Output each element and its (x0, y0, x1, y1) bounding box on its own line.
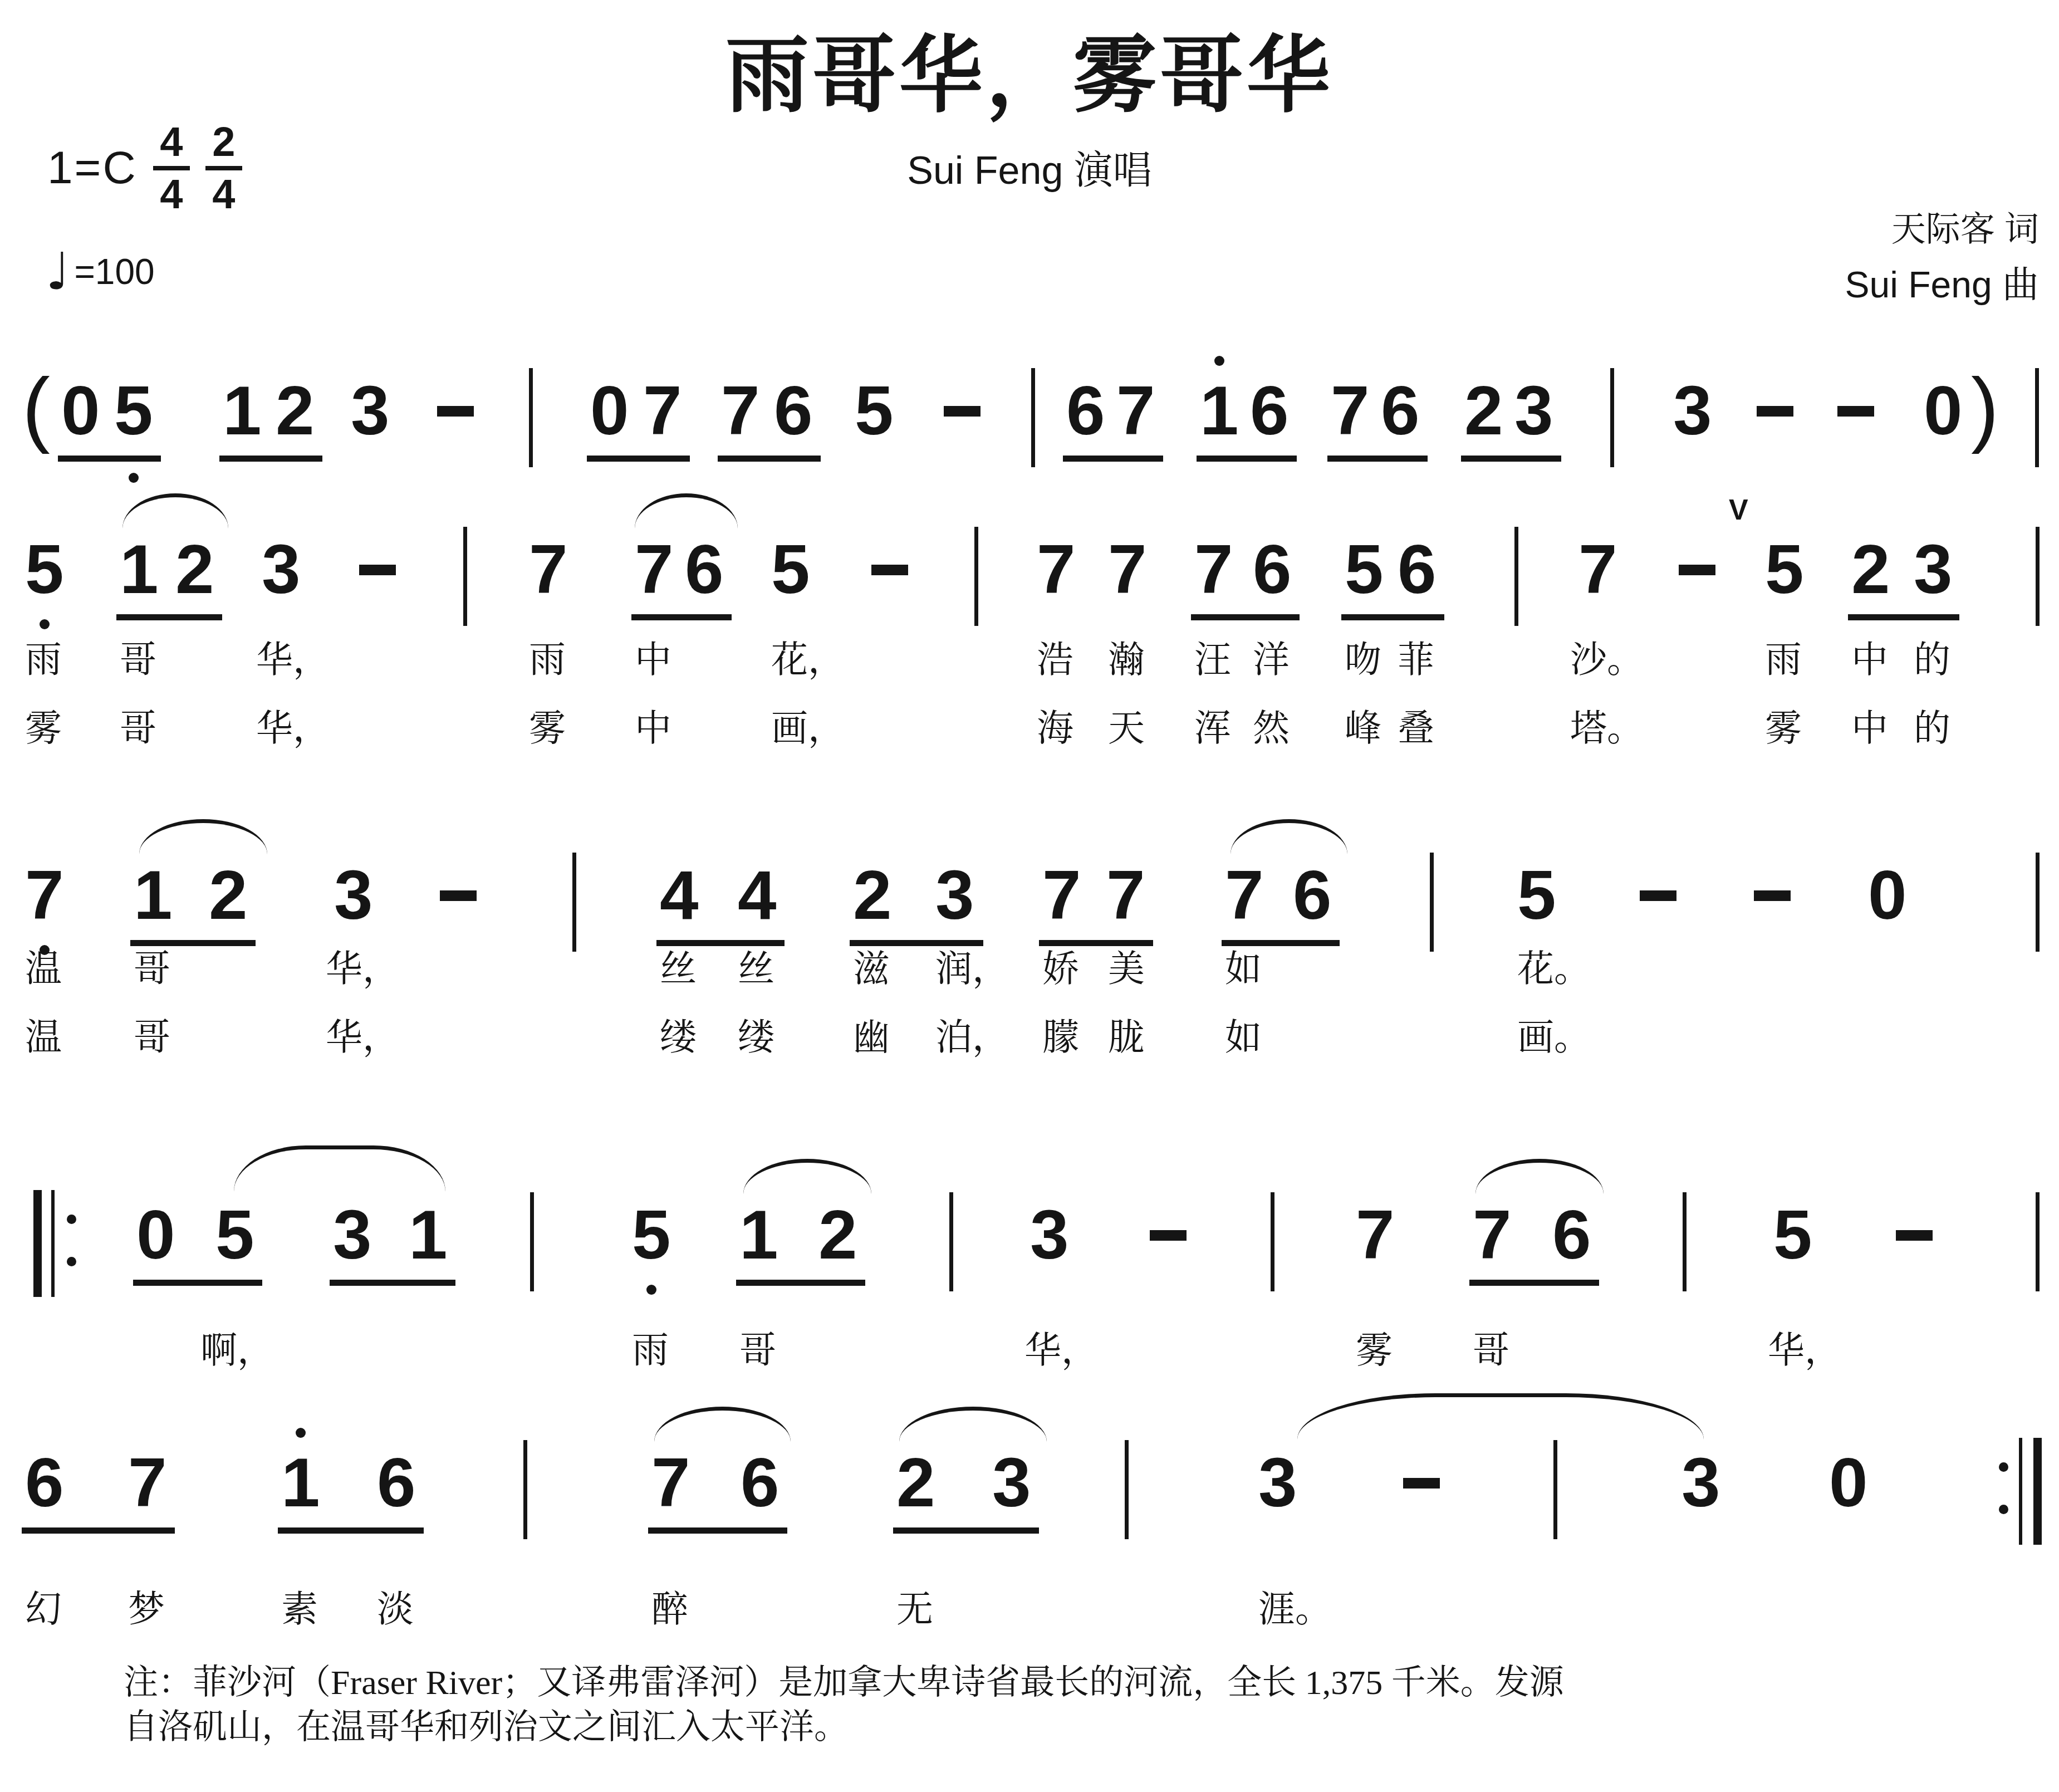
bar-line (2036, 527, 2040, 626)
duration-dash (440, 890, 477, 901)
duration-dash (1150, 1230, 1187, 1241)
slur-arc (1475, 1159, 1604, 1194)
eighth-beam (330, 1280, 455, 1286)
bar-line (1553, 1440, 1557, 1539)
lyric-syllable: 雨 (529, 640, 566, 680)
eighth-beam (718, 456, 821, 462)
note-digit: 1 (409, 1200, 448, 1270)
repeat-start (33, 1190, 80, 1297)
note-digit: 7 (635, 535, 674, 604)
composer-credit: Sui Feng 曲 (1845, 255, 2040, 308)
lyric-syllable: 花。 (1517, 949, 1591, 990)
lyric-syllable: 醉 (651, 1590, 688, 1630)
eighth-beam (1039, 940, 1153, 946)
eighth-beam (133, 1280, 262, 1286)
note-digit: 5 (632, 1200, 671, 1270)
repeat-thick-bar (33, 1190, 42, 1297)
lyric-syllable: 华， (256, 709, 330, 749)
duration-dash (359, 565, 396, 575)
duration-dash (1837, 406, 1874, 417)
lyric-syllable: 无 (896, 1590, 933, 1630)
lyric-syllable: 叠 (1398, 709, 1434, 749)
note-digit: 3 (1914, 535, 1953, 604)
lyric-syllable: 中 (635, 709, 671, 749)
bar-line (1125, 1440, 1129, 1539)
lyric-syllable: 浩 (1037, 640, 1073, 680)
note-digit: 2 (276, 376, 315, 445)
lyric-syllable: 吻 (1345, 640, 1381, 680)
eighth-beam (1191, 614, 1300, 620)
note-digit: 6 (1398, 535, 1437, 604)
bar-line (974, 527, 978, 626)
note-digit: 2 (896, 1448, 935, 1517)
eighth-beam (1461, 456, 1561, 462)
note-digit: 2 (1464, 376, 1503, 445)
note-digit: 3 (992, 1448, 1031, 1517)
lyric-syllable: 瀚 (1108, 640, 1145, 680)
note-digit: 7 (1331, 376, 1370, 445)
lyric-syllable: 哥 (134, 949, 170, 990)
lyric-syllable: 雨 (25, 640, 62, 680)
repeat-thin-bar (2019, 1438, 2022, 1545)
lyric-syllable: 雾 (1765, 709, 1802, 749)
eighth-beam (656, 940, 785, 946)
lyric-syllable: 朦 (1042, 1018, 1079, 1058)
lyric-syllable: 温 (25, 949, 62, 990)
lyric-syllable: 缕 (660, 1018, 697, 1058)
fraction-bar (205, 166, 242, 170)
lyric-syllable: 的 (1914, 709, 1950, 749)
lyric-syllable: 哥 (120, 640, 156, 680)
tempo-value: =100 (74, 251, 154, 292)
bar-line (1271, 1192, 1274, 1291)
note-digit: 6 (1250, 376, 1289, 445)
eighth-beam (736, 1280, 865, 1286)
lyric-syllable: 素 (281, 1590, 318, 1630)
duration-dash (1403, 1478, 1440, 1489)
eighth-beam (1848, 614, 1959, 620)
repeat-dot (1999, 1462, 2008, 1472)
note-digit: 6 (774, 376, 813, 445)
note-digit: 7 (721, 376, 760, 445)
eighth-beam (1469, 1280, 1599, 1286)
footnote-line-2: 自洛矶山，在温哥华和列治文之间汇入太平洋。 (124, 1705, 1978, 1750)
lyric-syllable: 华， (256, 640, 330, 680)
note-digit: 7 (1578, 535, 1617, 604)
slur-arc (122, 493, 228, 528)
eighth-beam (1327, 456, 1428, 462)
parenthesis: ) (1971, 360, 1999, 455)
bar-line (523, 1440, 527, 1539)
lyric-syllable: 啊， (200, 1331, 274, 1371)
note-digit: 5 (1517, 860, 1556, 930)
note-digit: 0 (1924, 376, 1963, 445)
eighth-beam (219, 456, 322, 462)
eighth-beam (130, 940, 256, 946)
lyric-syllable: 菲 (1398, 640, 1434, 680)
slur-arc (743, 1159, 871, 1194)
slur-arc (1231, 819, 1347, 854)
bar-line (1430, 853, 1434, 952)
lyric-syllable: 如 (1225, 1018, 1262, 1058)
lyric-syllable: 雾 (529, 709, 566, 749)
note-digit: 2 (853, 860, 892, 930)
repeat-dot (1999, 1505, 2008, 1514)
lyric-syllable: 汪 (1194, 640, 1231, 680)
bar-line (572, 853, 576, 952)
eighth-beam (1063, 456, 1163, 462)
note-digit: 3 (1258, 1448, 1297, 1517)
lyric-syllable: 海 (1037, 709, 1073, 749)
lyric-syllable: 中 (635, 640, 671, 680)
repeat-dot (67, 1257, 76, 1266)
eighth-beam (1341, 614, 1444, 620)
lyric-syllable: 滋 (853, 949, 890, 990)
lyric-syllable: 画， (771, 709, 845, 749)
sheet-music-page: 雨哥华，雾哥华 Sui Feng 演唱 1=C 4 4 2 4 ♩ =100 天… (0, 0, 2059, 1792)
duration-dash (1640, 890, 1676, 901)
octave-dot-high (296, 1428, 306, 1438)
slur-arc (899, 1407, 1047, 1442)
note-digit: 7 (643, 376, 682, 445)
note-digit: 5 (114, 376, 153, 445)
eighth-beam (587, 456, 690, 462)
note-digit: 7 (1194, 535, 1233, 604)
note-digit: 6 (1381, 376, 1420, 445)
eighth-beam (278, 1527, 424, 1534)
note-digit: 7 (1225, 860, 1264, 930)
eighth-beam (648, 1527, 787, 1534)
note-digit: 3 (1673, 376, 1712, 445)
bar-line (2035, 368, 2039, 467)
lyric-syllable: 润， (935, 949, 1009, 990)
slur-arc (1297, 1393, 1704, 1440)
bar-line (1610, 368, 1614, 467)
bar-line (2036, 1192, 2040, 1291)
lyric-syllable: 如 (1225, 949, 1262, 990)
lyric-syllable: 华， (1768, 1331, 1841, 1371)
quarter-note-icon: ♩ (46, 246, 70, 297)
octave-dot-high (1214, 356, 1224, 366)
note-digit: 3 (1681, 1448, 1720, 1517)
note-digit: 3 (935, 860, 974, 930)
note-digit: 7 (1356, 1200, 1395, 1270)
note-digit: 3 (333, 1200, 372, 1270)
eighth-beam (116, 614, 222, 620)
note-digit: 6 (1253, 535, 1292, 604)
lyric-syllable: 美 (1108, 949, 1145, 990)
note-digit: 3 (1514, 376, 1553, 445)
slur-arc (654, 1407, 791, 1442)
note-digit: 5 (25, 535, 64, 604)
note-digit: 5 (1773, 1200, 1812, 1270)
repeat-dot (67, 1215, 76, 1224)
lyric-syllable: 中 (1851, 640, 1888, 680)
lyric-syllable: 哥 (1473, 1331, 1509, 1371)
lyric-syllable: 哥 (739, 1331, 776, 1371)
lyric-syllable: 的 (1914, 640, 1950, 680)
eighth-beam (58, 456, 161, 462)
bar-line (1683, 1192, 1687, 1291)
note-digit: 7 (1108, 535, 1147, 604)
lyric-syllable: 雾 (1356, 1331, 1393, 1371)
eighth-beam (850, 940, 983, 946)
fraction-bar (153, 166, 190, 170)
lyric-syllable: 梦 (128, 1590, 165, 1630)
note-digit: 7 (1042, 860, 1081, 930)
eighth-beam (1222, 940, 1340, 946)
time-signature-1: 4 4 (153, 123, 190, 214)
footnote-line-1: 注：菲沙河（Fraser River；又译弗雷泽河）是加拿大卑诗省最长的河流，全… (124, 1661, 1978, 1705)
note-digit: 2 (1851, 535, 1890, 604)
key-root: 1=C (47, 142, 138, 194)
bar-line (529, 368, 533, 467)
note-digit: 6 (1066, 376, 1105, 445)
note-digit: 3 (262, 535, 301, 604)
note-digit: 7 (529, 535, 568, 604)
key-signature: 1=C 4 4 2 4 (47, 123, 242, 214)
note-digit: 6 (1552, 1200, 1591, 1270)
note-digit: 1 (134, 860, 173, 930)
lyric-syllable: 塔。 (1570, 709, 1644, 749)
eighth-beam (893, 1527, 1039, 1534)
lyric-syllable: 华， (326, 1018, 399, 1058)
note-digit: 7 (1116, 376, 1155, 445)
note-digit: 2 (818, 1200, 857, 1270)
lyric-syllable: 中 (1851, 709, 1888, 749)
lyric-syllable: 胧 (1108, 1018, 1145, 1058)
lyric-syllable: 峰 (1345, 709, 1381, 749)
note-digit: 6 (1293, 860, 1332, 930)
octave-dot-low (646, 1285, 656, 1295)
note-digit: 1 (223, 376, 262, 445)
note-digit: 3 (351, 376, 390, 445)
lyric-syllable: 洋 (1253, 640, 1290, 680)
octave-dot-low (40, 619, 50, 629)
bar-line (949, 1192, 953, 1291)
bar-line (463, 527, 467, 626)
note-digit: 0 (1829, 1448, 1868, 1517)
duration-dash (1679, 565, 1715, 575)
eighth-beam (631, 614, 732, 620)
note-digit: 1 (1200, 376, 1239, 445)
lyric-syllable: 丝 (660, 949, 697, 990)
note-digit: 3 (1030, 1200, 1069, 1270)
lyric-syllable: 泊， (935, 1018, 1009, 1058)
note-digit: 6 (25, 1448, 64, 1517)
bar-line (1031, 368, 1035, 467)
lyric-syllable: 温 (25, 1018, 62, 1058)
lyric-syllable: 丝 (738, 949, 774, 990)
time-signature-2: 2 4 (205, 123, 242, 214)
slur-arc (234, 1145, 445, 1192)
lyric-syllable: 花， (771, 640, 845, 680)
lyric-syllable: 幻 (25, 1590, 62, 1630)
tempo-marking: ♩ =100 (46, 246, 155, 297)
note-digit: 2 (175, 535, 214, 604)
note-digit: 6 (741, 1448, 780, 1517)
note-digit: 7 (25, 860, 64, 930)
note-digit: 5 (1765, 535, 1804, 604)
note-digit: 4 (660, 860, 699, 930)
performer-line: Sui Feng 演唱 (0, 139, 2059, 195)
duration-dash (871, 565, 908, 575)
note-digit: 4 (738, 860, 777, 930)
lyric-syllable: 缕 (738, 1018, 774, 1058)
page-title: 雨哥华，雾哥华 (0, 8, 2059, 128)
lyric-syllable: 华， (1024, 1331, 1098, 1371)
time-signature-numerator: 2 (212, 123, 235, 161)
breath-mark: V (1729, 493, 1748, 527)
note-digit: 2 (209, 860, 248, 930)
lyric-syllable: 雨 (632, 1331, 669, 1371)
lyric-syllable: 华， (326, 949, 399, 990)
lyric-syllable: 天 (1108, 709, 1145, 749)
lyric-syllable: 哥 (120, 709, 156, 749)
repeat-thick-bar (2033, 1438, 2042, 1545)
note-digit: 5 (771, 535, 810, 604)
slur-arc (635, 493, 738, 528)
duration-dash (437, 406, 474, 417)
bar-line (2036, 853, 2040, 952)
note-digit: 1 (120, 535, 159, 604)
lyric-syllable: 淡 (377, 1590, 414, 1630)
lyric-syllable: 沙。 (1570, 640, 1644, 680)
note-digit: 0 (136, 1200, 175, 1270)
note-digit: 7 (1473, 1200, 1512, 1270)
duration-dash (1757, 406, 1793, 417)
octave-dot-low (129, 473, 139, 483)
lyricist-credit: 天际客 词 (1891, 202, 2039, 251)
lyric-syllable: 然 (1253, 709, 1290, 749)
note-digit: 0 (61, 376, 100, 445)
note-digit: 7 (128, 1448, 167, 1517)
bar-line (530, 1192, 534, 1291)
time-signature-denominator: 4 (160, 175, 183, 214)
lyric-syllable: 娇 (1042, 949, 1079, 990)
note-digit: 0 (1868, 860, 1907, 930)
time-signature-denominator: 4 (212, 175, 235, 214)
note-digit: 5 (1345, 535, 1384, 604)
note-digit: 7 (1106, 860, 1145, 930)
note-digit: 7 (651, 1448, 690, 1517)
note-digit: 5 (855, 376, 894, 445)
note-digit: 1 (281, 1448, 320, 1517)
duration-dash (1754, 890, 1791, 901)
repeat-thin-bar (51, 1190, 55, 1297)
note-digit: 0 (590, 376, 629, 445)
parenthesis: ( (22, 360, 50, 455)
lyric-syllable: 浑 (1194, 709, 1231, 749)
duration-dash (1896, 1230, 1933, 1241)
time-signature-numerator: 4 (160, 123, 183, 161)
lyric-syllable: 哥 (134, 1018, 170, 1058)
eighth-beam (22, 1527, 175, 1534)
footnote: 注：菲沙河（Fraser River；又译弗雷泽河）是加拿大卑诗省最长的河流，全… (124, 1661, 1978, 1750)
lyric-syllable: 幽 (853, 1018, 890, 1058)
slur-arc (139, 819, 267, 854)
note-digit: 1 (739, 1200, 778, 1270)
eighth-beam (1197, 456, 1297, 462)
note-digit: 7 (1037, 535, 1076, 604)
duration-dash (944, 406, 981, 417)
repeat-end (1999, 1438, 2046, 1545)
lyric-syllable: 画。 (1517, 1018, 1591, 1058)
note-digit: 5 (215, 1200, 254, 1270)
lyric-syllable: 雾 (25, 709, 62, 749)
lyric-syllable: 涯。 (1258, 1590, 1332, 1630)
lyric-syllable: 雨 (1765, 640, 1802, 680)
note-digit: 3 (334, 860, 373, 930)
note-digit: 6 (685, 535, 724, 604)
note-digit: 6 (377, 1448, 416, 1517)
bar-line (1514, 527, 1518, 626)
